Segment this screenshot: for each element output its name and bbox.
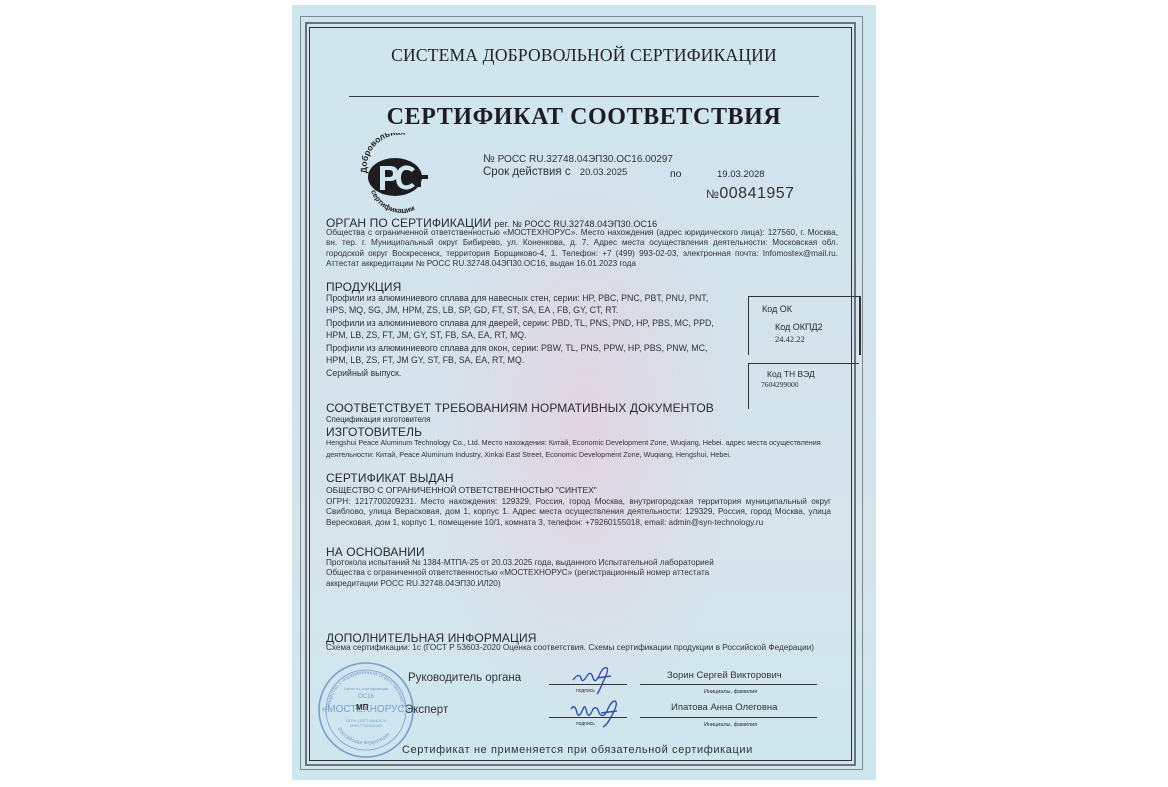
name-caption: Инициалы, фамилия <box>704 689 757 695</box>
signature-caption: подпись <box>576 721 595 727</box>
products-list: Профили из алюминиевого сплава для навес… <box>326 293 726 382</box>
tnved-value: 7604299000 <box>761 380 799 389</box>
seal-code: ОС16 <box>358 694 374 700</box>
issued-to-heading: СЕРТИФИКАТ ВЫДАН <box>326 471 454 485</box>
ok-code-label: Код ОК <box>762 304 792 314</box>
tnved-label: Код ТН ВЭД <box>767 369 815 379</box>
signer-name-head: Зорин Сергей Викторович <box>667 670 782 681</box>
signature-line-expert <box>549 717 627 718</box>
basis-text: Протокола испытаний № 1384-МТПА-25 от 20… <box>326 558 726 589</box>
signature-role-head: Руководитель органа <box>408 672 521 684</box>
valid-to-label: по <box>670 168 682 180</box>
stamp-label: МП <box>356 703 368 712</box>
system-title: СИСТЕМА ДОБРОВОЛЬНОЙ СЕРТИФИКАЦИИ <box>0 45 1168 66</box>
name-line-expert <box>640 717 817 718</box>
validity-period: Срок действия с 20.03.2025 <box>483 166 627 178</box>
registration-number: № РОСС RU.32748.04ЭП30.ОС16.00297 <box>483 153 673 165</box>
certificate-title: СЕРТИФИКАТ СООТВЕТСТВИЯ <box>0 104 1168 131</box>
valid-from: 20.03.2025 <box>580 167 628 178</box>
name-line-head <box>640 684 817 685</box>
additional-info-text: Схема сертификации: 1с (ГОСТ Р 53603-202… <box>326 643 826 653</box>
valid-to: 19.03.2028 <box>717 169 765 180</box>
rst-logo-icon: Добровольная сертификации <box>359 133 441 213</box>
seal-middle-text: Орган по сертификации <box>344 686 389 691</box>
name-caption: Инициалы, фамилия <box>704 722 757 728</box>
footer-note: Сертификат не применяется при обязательн… <box>402 744 753 756</box>
conformity-heading: СООТВЕТСТВУЕТ ТРЕБОВАНИЯМ НОРМАТИВНЫХ ДО… <box>326 401 714 415</box>
product-item: Серийный выпуск. <box>326 368 726 380</box>
signature-caption: подпись <box>576 688 595 694</box>
okpd2-value: 24.42.22 <box>775 334 805 344</box>
seal-inn: ИНН 7716932060 <box>350 723 383 728</box>
signer-name-expert: Ипатова Анна Олеговна <box>671 702 777 713</box>
products-heading: ПРОДУКЦИЯ <box>326 280 401 294</box>
product-item: Профили из алюминиевого сплава для двере… <box>326 318 726 341</box>
title-divider <box>349 96 819 97</box>
issued-to-text: ОГРН: 1217700209231. Место нахождения: 1… <box>326 497 831 528</box>
manufacturer-text: Hengshui Peace Aluminum Technology Co., … <box>326 437 838 461</box>
issued-to-org: ОБЩЕСТВО С ОГРАНИЧЕННОЙ ОТВЕТСТВЕННОСТЬЮ… <box>326 485 597 495</box>
basis-heading: НА ОСНОВАНИИ <box>326 545 425 559</box>
serial-number: №00841957 <box>706 185 795 203</box>
certification-body-text: Общества с ограниченной ответственностью… <box>326 228 838 270</box>
signature-line-head <box>549 684 627 685</box>
okpd2-label: Код ОКПД2 <box>775 322 823 332</box>
product-item: Профили из алюминиевого сплава для окон,… <box>326 343 726 366</box>
signature-role-expert: Эксперт <box>405 704 448 716</box>
product-item: Профили из алюминиевого сплава для навес… <box>326 293 726 316</box>
conformity-text: Спецификация изготовителя <box>326 415 430 424</box>
